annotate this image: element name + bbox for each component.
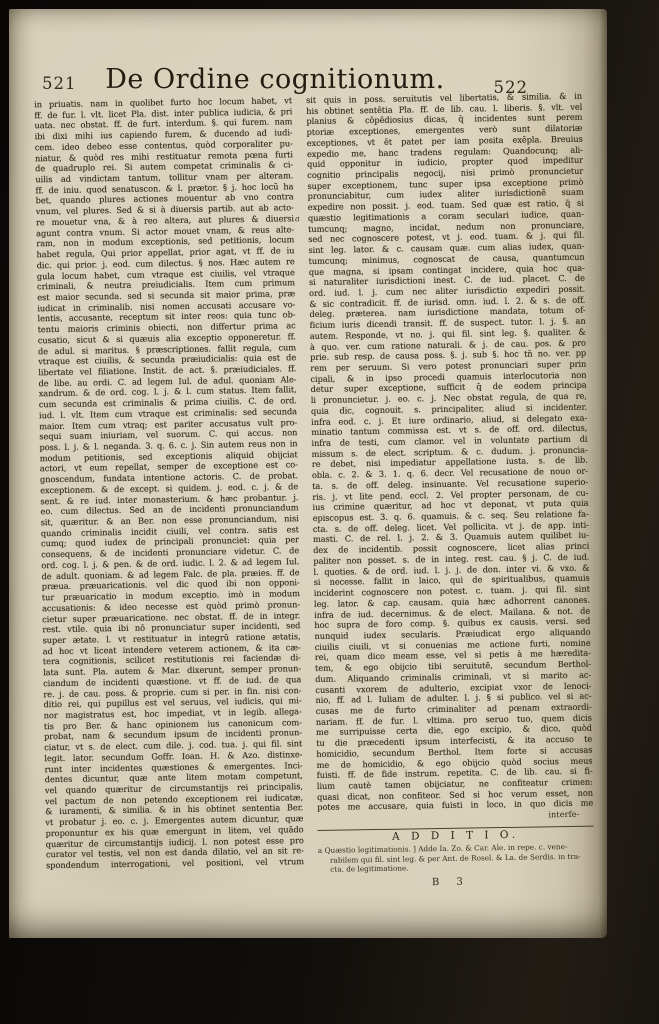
running-title: De Ordine cognitionum. xyxy=(34,64,516,95)
text-area: in priuatis. nam in quolibet furto hoc l… xyxy=(34,91,594,900)
additio-section: A D D I T I O. a Quæstio legitimationis.… xyxy=(318,826,595,890)
left-text-column: in priuatis. nam in quolibet furto hoc l… xyxy=(34,95,304,871)
right-text-column: a sit quis in poss. seruitutis vel liber… xyxy=(306,91,594,890)
signature-mark: B 3 xyxy=(396,876,507,889)
catchword: interfe- xyxy=(548,809,579,819)
right-column-lines: sit quis in poss. seruitutis vel liberta… xyxy=(306,91,593,813)
photo-background: 521 De Ordine cognitionum. 522 in priuat… xyxy=(0,0,659,1024)
margin-note-marker: a xyxy=(295,214,300,223)
additio-notes: a Quæstio legitimationis. ] Adde Ia. Zo.… xyxy=(318,842,594,875)
page-header: 521 De Ordine cognitionum. 522 xyxy=(34,57,576,95)
book-page: 521 De Ordine cognitionum. 522 in priuat… xyxy=(9,9,607,938)
